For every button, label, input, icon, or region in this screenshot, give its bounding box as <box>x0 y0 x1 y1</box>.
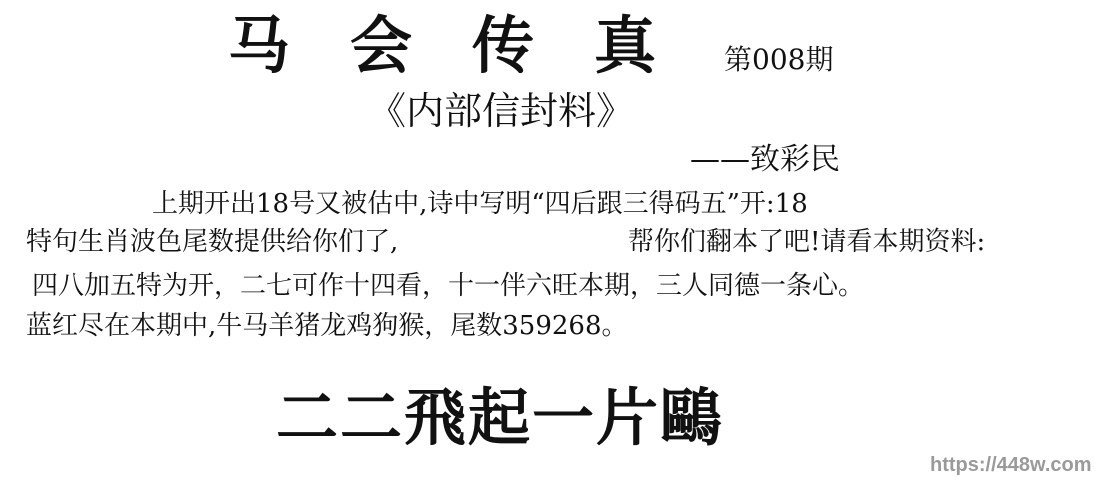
poem-headline: 二二飛起一片鷗 <box>276 378 724 458</box>
body-line-3: 四八加五特为开，二七可作十四看，十一伴六旺本期，三人同德一条心。 <box>32 268 864 304</box>
body-line-2-left: 特句生肖波色尾数提供给你们了, <box>26 224 398 260</box>
watermark-url: https://448w.com <box>930 452 1092 478</box>
dedication: ——致彩民 <box>690 140 840 180</box>
subtitle: 《内部信封料》 <box>368 86 634 136</box>
body-line-1: 上期开出18号又被估中,诗中写明“四后跟三得码五”开:18 <box>152 186 808 222</box>
body-line-2-right: 帮你们翻本了吧!请看本期资料: <box>628 224 985 260</box>
issue-number: 第008期 <box>724 42 833 78</box>
page-title: 马会传真 <box>228 6 716 86</box>
body-line-4: 蓝红尽在本期中,牛马羊猪龙鸡狗猴，尾数359268。 <box>26 308 628 344</box>
